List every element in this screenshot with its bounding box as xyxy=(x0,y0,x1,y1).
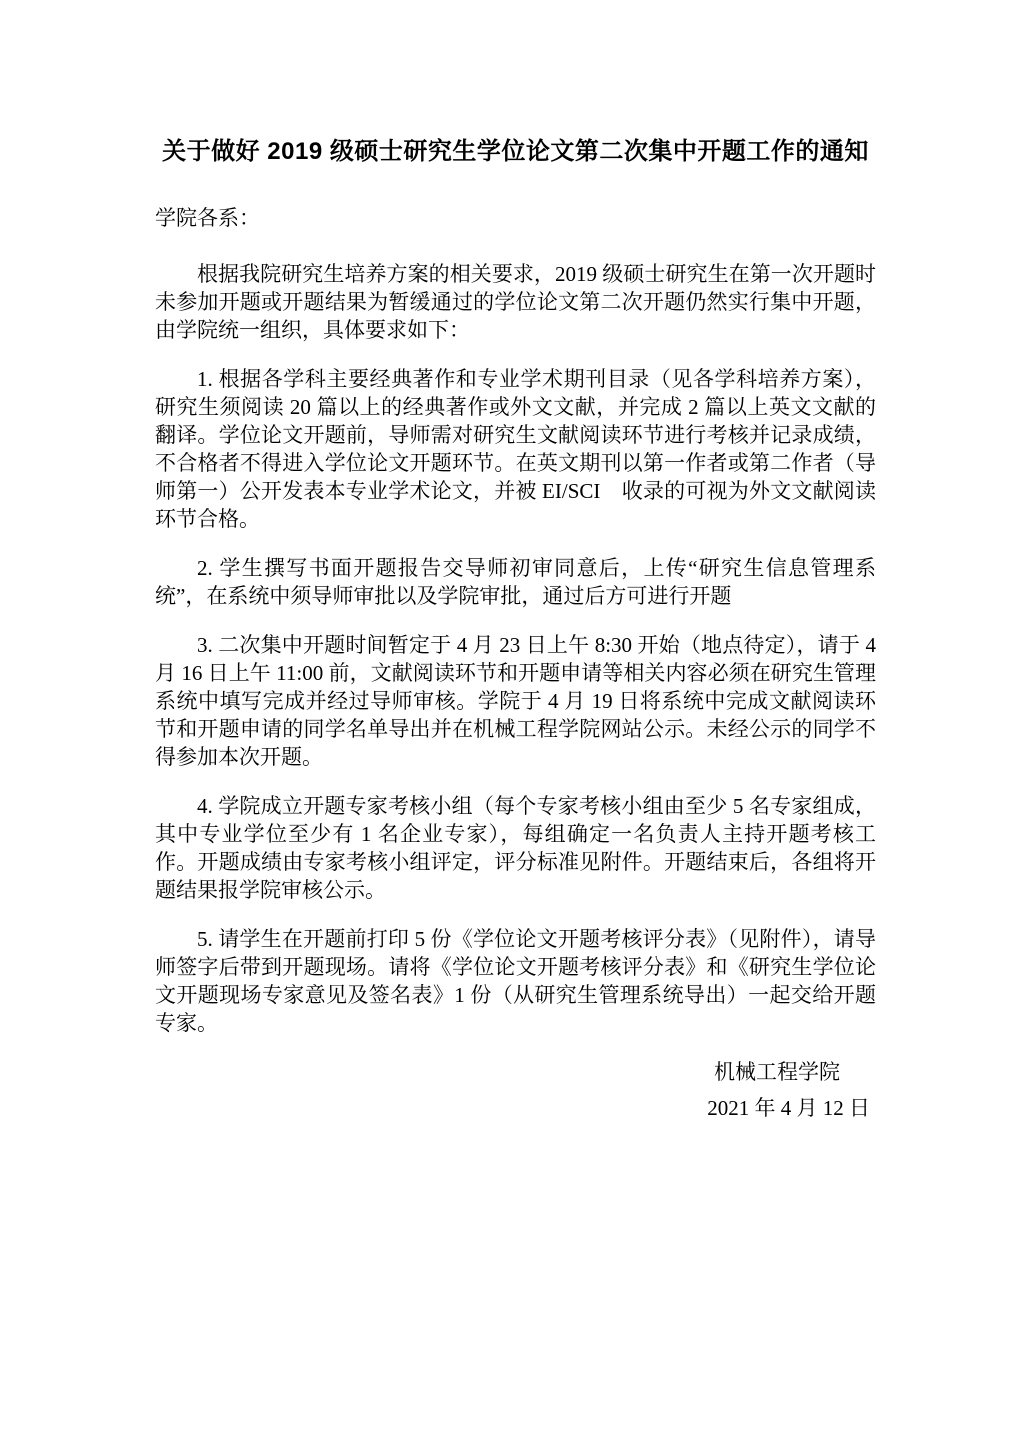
notice-item-2: 2. 学生撰写书面开题报告交导师初审同意后，上传“研究生信息管理系统”，在系统中… xyxy=(155,554,876,610)
intro-paragraph: 根据我院研究生培养方案的相关要求，2019 级硕士研究生在第一次开题时未参加开题… xyxy=(155,260,876,344)
document-content: 关于做好 2019 级硕士研究生学位论文第二次集中开题工作的通知 学院各系： 根… xyxy=(0,0,1024,1122)
signature-organization: 机械工程学院 xyxy=(155,1058,876,1086)
document-page: 关于做好 2019 级硕士研究生学位论文第二次集中开题工作的通知 学院各系： 根… xyxy=(0,0,1024,1448)
signature-date: 2021 年 4 月 12 日 xyxy=(155,1094,876,1122)
notice-item-1: 1. 根据各学科主要经典著作和专业学术期刊目录（见各学科培养方案），研究生须阅读… xyxy=(155,365,876,533)
notice-item-3: 3. 二次集中开题时间暂定于 4 月 23 日上午 8:30 开始（地点待定），… xyxy=(155,631,876,771)
notice-title: 关于做好 2019 级硕士研究生学位论文第二次集中开题工作的通知 xyxy=(155,136,876,168)
salutation: 学院各系： xyxy=(155,204,876,232)
notice-item-5: 5. 请学生在开题前打印 5 份《学位论文开题考核评分表》（见附件），请导师签字… xyxy=(155,925,876,1037)
signature-block: 机械工程学院 2021 年 4 月 12 日 xyxy=(155,1058,876,1122)
notice-item-4: 4. 学院成立开题专家考核小组（每个专家考核小组由至少 5 名专家组成，其中专业… xyxy=(155,792,876,904)
